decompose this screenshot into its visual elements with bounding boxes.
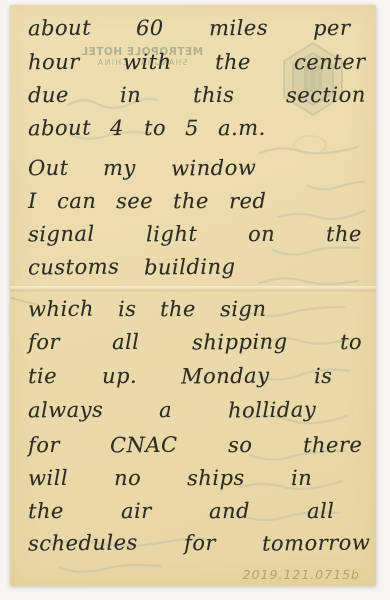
catalog-number: 2019.121.0715b: [243, 567, 360, 582]
handwriting-line: hourwiththecenter: [28, 48, 366, 77]
handwriting-line: about4to5a.m.: [28, 114, 266, 143]
handwriting-line: schedulesfortomorrow: [28, 529, 370, 558]
handwriting-line: Outmywindow: [28, 154, 256, 183]
handwriting-line: signallightonthe: [28, 220, 362, 249]
handwriting-line: Icanseethered: [28, 187, 266, 216]
fold-crease: [10, 286, 376, 292]
scan-background: METROPOLE HOTEL SHANGHAI, CHINA about60m…: [0, 0, 390, 600]
handwriting-line: about60milesper: [28, 14, 350, 43]
handwriting-line: theairandall: [28, 497, 334, 526]
handwriting-line: customsbuilding: [28, 253, 236, 282]
handwriting-line: forCNACsothere: [28, 431, 362, 460]
handwriting-line: whichisthesign: [28, 295, 266, 324]
letter-page: METROPOLE HOTEL SHANGHAI, CHINA about60m…: [10, 5, 376, 586]
handwriting-line: willnoshipsin: [28, 464, 312, 493]
handwriting-line: forallshippingto: [28, 328, 362, 357]
handwriting-line: alwaysaholliday: [28, 396, 316, 425]
handwriting-line: dueinthissection: [28, 81, 366, 110]
handwriting-line: tieup.Mondayis: [28, 362, 333, 391]
